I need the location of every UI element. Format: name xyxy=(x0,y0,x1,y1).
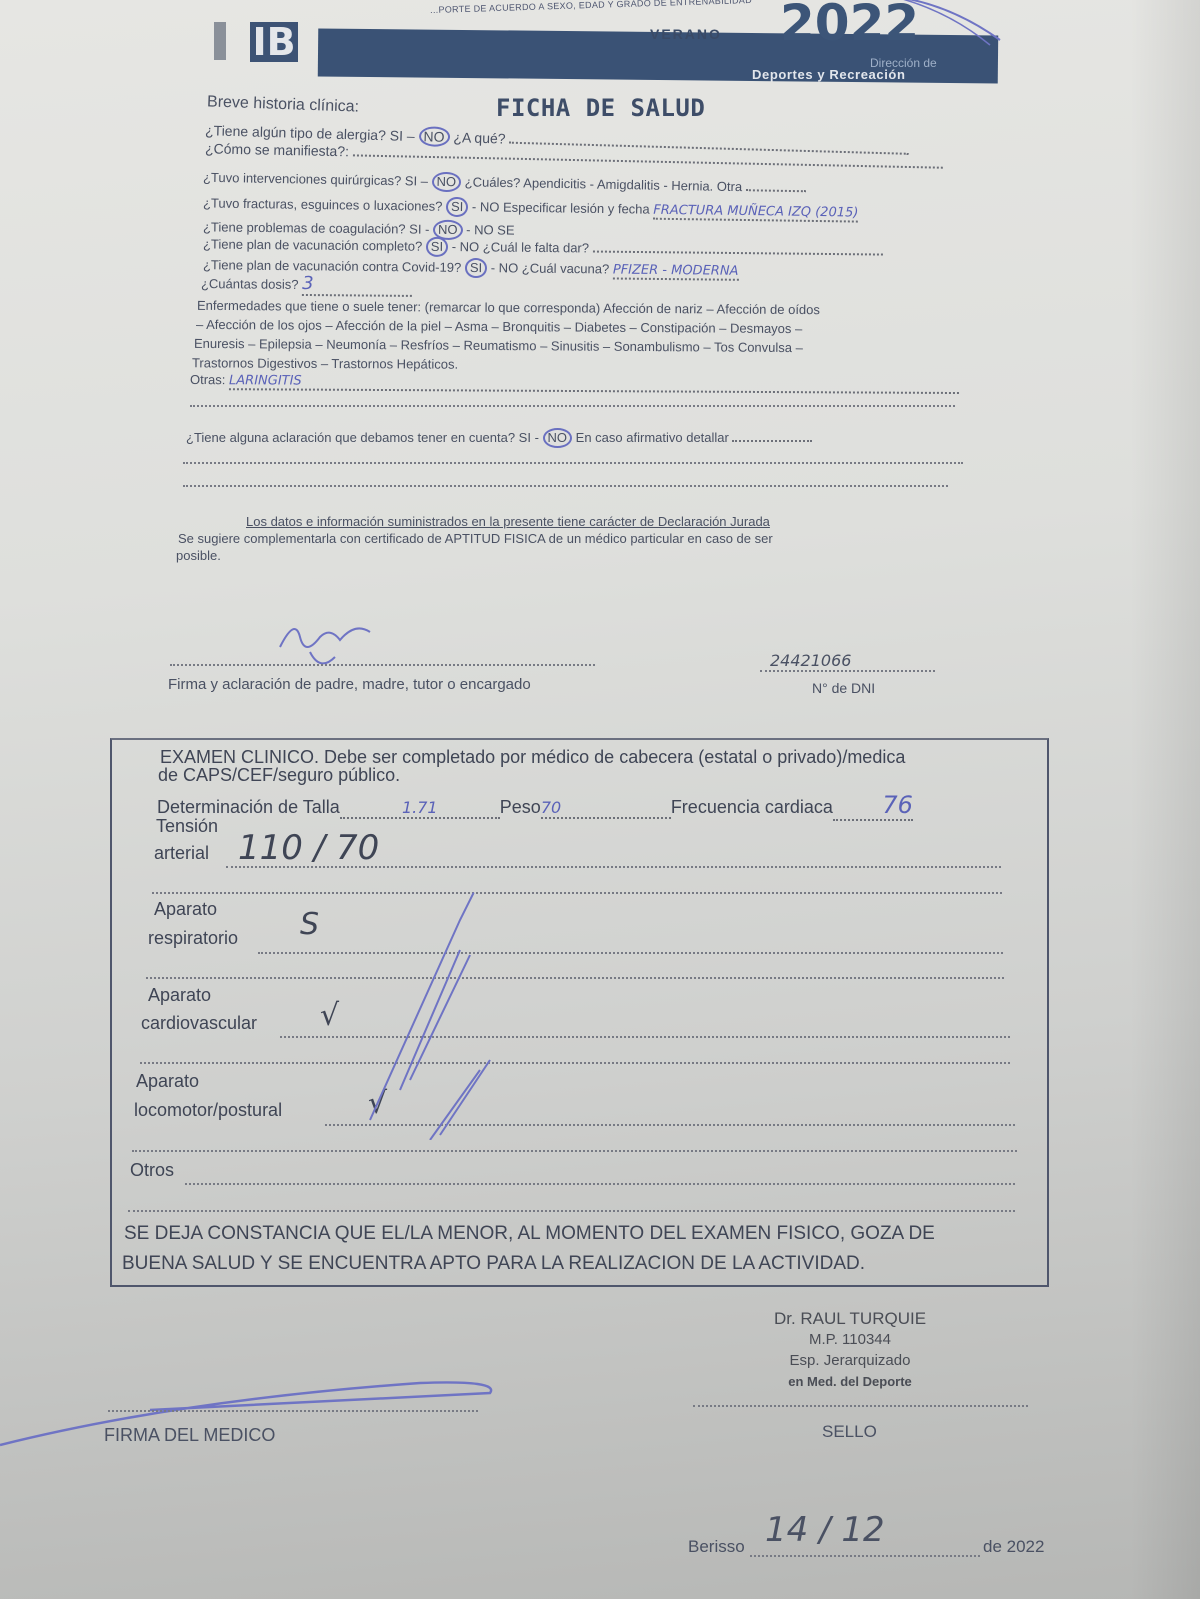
declaration-statement: Los datos e información suministrados en… xyxy=(246,514,770,529)
blank-line xyxy=(146,977,1004,979)
guardian-signature-line[interactable] xyxy=(170,664,595,666)
blank-line xyxy=(140,1062,1010,1064)
date-line xyxy=(750,1555,980,1557)
loco-label-1: Aparato xyxy=(136,1071,199,1092)
vitals-row: Determinación de Talla1.71Peso70Frecuenc… xyxy=(157,791,913,821)
doctor-signature-label: FIRMA DEL MEDICO xyxy=(104,1425,275,1446)
form-title: FICHA DE SALUD xyxy=(496,94,705,122)
q-clarification: ¿Tiene alguna aclaración que debamos ten… xyxy=(186,428,812,448)
fractures-answer-si[interactable]: SI xyxy=(446,197,469,217)
header-season: VERANO xyxy=(650,26,722,42)
bp-line xyxy=(226,866,1001,868)
date-year: de 2022 xyxy=(983,1537,1044,1557)
q-doses: ¿Cuántas dosis? 3 xyxy=(201,272,412,297)
loco-label-2: locomotor/postural xyxy=(134,1100,282,1121)
place-city: Berisso xyxy=(688,1537,745,1557)
stamp-specialty: Esp. Jerarquizado xyxy=(745,1350,955,1371)
doctor-stamp: Dr. RAUL TURQUIE M.P. 110344 Esp. Jerarq… xyxy=(745,1308,955,1392)
guardian-signature-icon xyxy=(270,612,390,672)
vaccination-field[interactable] xyxy=(593,251,883,256)
vaccination-answer-si[interactable]: SI xyxy=(426,237,449,257)
suggestion-line-1: Se sugiere complementarla con certificad… xyxy=(178,531,773,546)
blank-line xyxy=(183,485,948,487)
clarification-field[interactable] xyxy=(732,440,812,442)
height-field[interactable]: 1.71 xyxy=(340,798,500,819)
conclusion-line-1: SE DEJA CONSTANCIA QUE EL/LA MENOR, AL M… xyxy=(124,1223,935,1245)
heart-rate-field[interactable]: 76 xyxy=(833,791,913,821)
blank-line xyxy=(152,892,1002,894)
conclusion-line-2: BUENA SALUD Y SE ENCUENTRA APTO PARA LA … xyxy=(122,1253,865,1275)
doctor-annotation-strokes-icon xyxy=(330,880,530,1140)
surgery-field[interactable] xyxy=(746,189,806,192)
logo-mark: IB xyxy=(250,22,298,62)
seal-label: SELLO xyxy=(822,1422,877,1442)
date-day-month[interactable]: 14 / 12 xyxy=(765,1510,885,1550)
exam-intro-2: de CAPS/CEF/seguro público. xyxy=(158,765,400,786)
covid-vaccine-field[interactable]: PFIZER - MODERNA xyxy=(613,262,739,280)
institutional-stamp-icon xyxy=(840,0,1010,50)
dni-label: N° de DNI xyxy=(812,680,875,696)
cardio-label-1: Aparato xyxy=(148,985,211,1006)
fractures-field[interactable]: FRACTURA MUÑECA IZQ (2015) xyxy=(653,203,858,223)
diseases-line-4: Trastornos Digestivos – Trastornos Hepát… xyxy=(192,355,458,371)
clarification-answer-no[interactable]: NO xyxy=(543,428,573,448)
logo-bar xyxy=(214,22,226,60)
covid-answer-si[interactable]: SI xyxy=(465,258,488,278)
weight-field[interactable]: 70 xyxy=(541,798,671,819)
doctor-signature-line[interactable] xyxy=(108,1410,478,1412)
paper-shadow xyxy=(1130,0,1200,1599)
stamp-mp: M.P. 110344 xyxy=(745,1329,955,1350)
blank-line xyxy=(132,1150,1017,1152)
bp-label-1: Tensión xyxy=(156,816,218,837)
blank-line xyxy=(183,462,963,464)
blank-line xyxy=(190,405,955,407)
surgery-answer-no[interactable]: NO xyxy=(431,172,461,193)
cardio-label-2: cardiovascular xyxy=(141,1013,257,1034)
dni-line xyxy=(760,670,935,672)
suggestion-line-2: posible. xyxy=(176,548,221,563)
respiratory-field[interactable]: S xyxy=(300,907,319,942)
resp-label-2: respiratorio xyxy=(148,928,238,949)
guardian-signature-label: Firma y aclaración de padre, madre, tuto… xyxy=(168,676,531,693)
bp-label-2: arterial xyxy=(154,843,209,864)
dni-value[interactable]: 24421066 xyxy=(770,651,851,670)
stamp-field: en Med. del Deporte xyxy=(745,1371,955,1392)
exam-others-field[interactable] xyxy=(185,1183,1015,1185)
department-line-2: Deportes y Recreación xyxy=(752,67,906,82)
resp-label-1: Aparato xyxy=(154,899,217,920)
doses-field[interactable]: 3 xyxy=(302,273,412,297)
blank-line xyxy=(128,1210,1015,1212)
seal-line xyxy=(693,1405,1028,1407)
stamp-name: Dr. RAUL TURQUIE xyxy=(745,1308,955,1329)
blood-pressure-field[interactable]: 110 / 70 xyxy=(238,828,379,868)
exam-others-label: Otros xyxy=(130,1160,174,1181)
